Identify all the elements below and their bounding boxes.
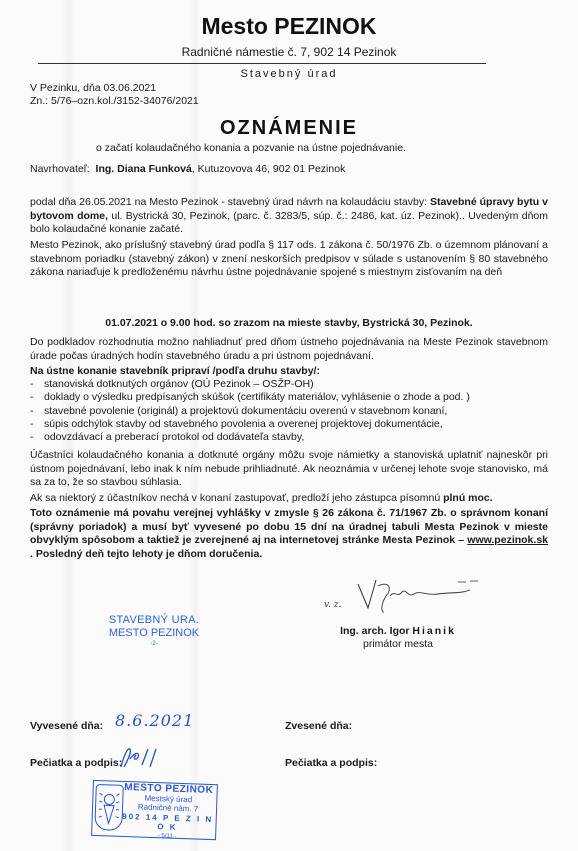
applicant-name: Ing. Diana Funková <box>96 163 192 175</box>
signer-title: primátor mesta <box>318 638 478 650</box>
paragraph-documents: Do podkladov rozhodnutia možno nahliadnu… <box>30 336 548 363</box>
reference-number: Zn.: 5/76–ozn.kol./3152-34076/2021 <box>30 95 199 108</box>
notice-document: Mesto PEZINOK Radničné námestie č. 7, 90… <box>0 0 578 851</box>
place-date: V Pezinku, dňa 03.06.2021 <box>30 82 199 95</box>
removed-date-label: Zvesené dňa: <box>285 720 352 732</box>
office-name: Stavebný úrad <box>0 68 578 80</box>
website-link[interactable]: www.pezinok.sk <box>467 534 548 546</box>
applicant-line: Navrhovateľ: Ing. Diana Funková, Kutuzov… <box>30 163 345 175</box>
stamp-signature-label-right: Pečiatka a podpis: <box>285 757 377 769</box>
meeting-date-place: 01.07.2021 o 9.00 hod. so zrazom na mies… <box>0 317 578 329</box>
applicant-address: , Kutuzovova 46, 902 01 Pezinok <box>192 163 346 175</box>
notice-heading: OZNÁMENIE <box>0 117 578 140</box>
svg-text:v. z.: v. z. <box>324 600 341 610</box>
city-address: Radničné námestie č. 7, 902 14 Pezinok <box>0 45 578 59</box>
paragraph-application: podal dňa 26.05.2021 na Mesto Pezinok - … <box>30 196 548 237</box>
office-stamp: STAVEBNÝ URA. MESTO PEZINOK -2- <box>95 614 213 649</box>
city-title: Mesto PEZINOK <box>0 13 578 40</box>
mayor-signature: v. z. <box>320 576 500 616</box>
document-meta: V Pezinku, dňa 03.06.2021 Zn.: 5/76–ozn.… <box>30 82 199 108</box>
paragraph-objections: Účastníci kolaudačného konania a dotknut… <box>30 449 548 490</box>
signer-name: Ing. arch. Igor Hianik <box>318 625 478 637</box>
list-item: stavebné povolenie (originál) a projekto… <box>30 405 470 418</box>
list-item: doklady o výsledku predpísaných skúšok (… <box>30 391 470 404</box>
stamp-signature-label-left: Pečiatka a podpis: <box>30 757 122 769</box>
power-of-attorney: plnú moc. <box>443 492 493 504</box>
notice-subheading: o začatí kolaudačného konania a pozvanie… <box>96 142 406 154</box>
paragraph-representation: Ak sa niektorý z účastníkov nechá v kona… <box>30 492 548 506</box>
list-item: odovzdávací a preberací protokol od dodá… <box>30 431 470 444</box>
list-item: súpis odchýlok stavby od stavebného povo… <box>30 418 470 431</box>
paragraph-public-notice: Toto oznámenie má povahu verejnej vyhláš… <box>30 507 548 561</box>
requirements-list: stanoviská dotknutých orgánov (OÚ Pezino… <box>30 378 470 444</box>
posting-signature <box>118 745 158 770</box>
posted-date-handwritten: 8.6.2021 <box>115 711 194 730</box>
requirements-title: Na ústne konanie stavebník pripraví /pod… <box>30 365 320 377</box>
posted-date-label: Vyvesené dňa: <box>30 720 103 732</box>
paragraph-legal-basis: Mesto Pezinok, ako príslušný stavebný úr… <box>30 239 548 280</box>
list-item: stanoviská dotknutých orgánov (OÚ Pezino… <box>30 378 470 391</box>
applicant-label: Navrhovateľ: <box>30 163 90 175</box>
city-office-seal: MESTO PEZINOK Mestský úrad Radničné nám.… <box>91 780 216 840</box>
header-divider <box>38 63 486 64</box>
coat-of-arms-icon <box>94 784 124 831</box>
